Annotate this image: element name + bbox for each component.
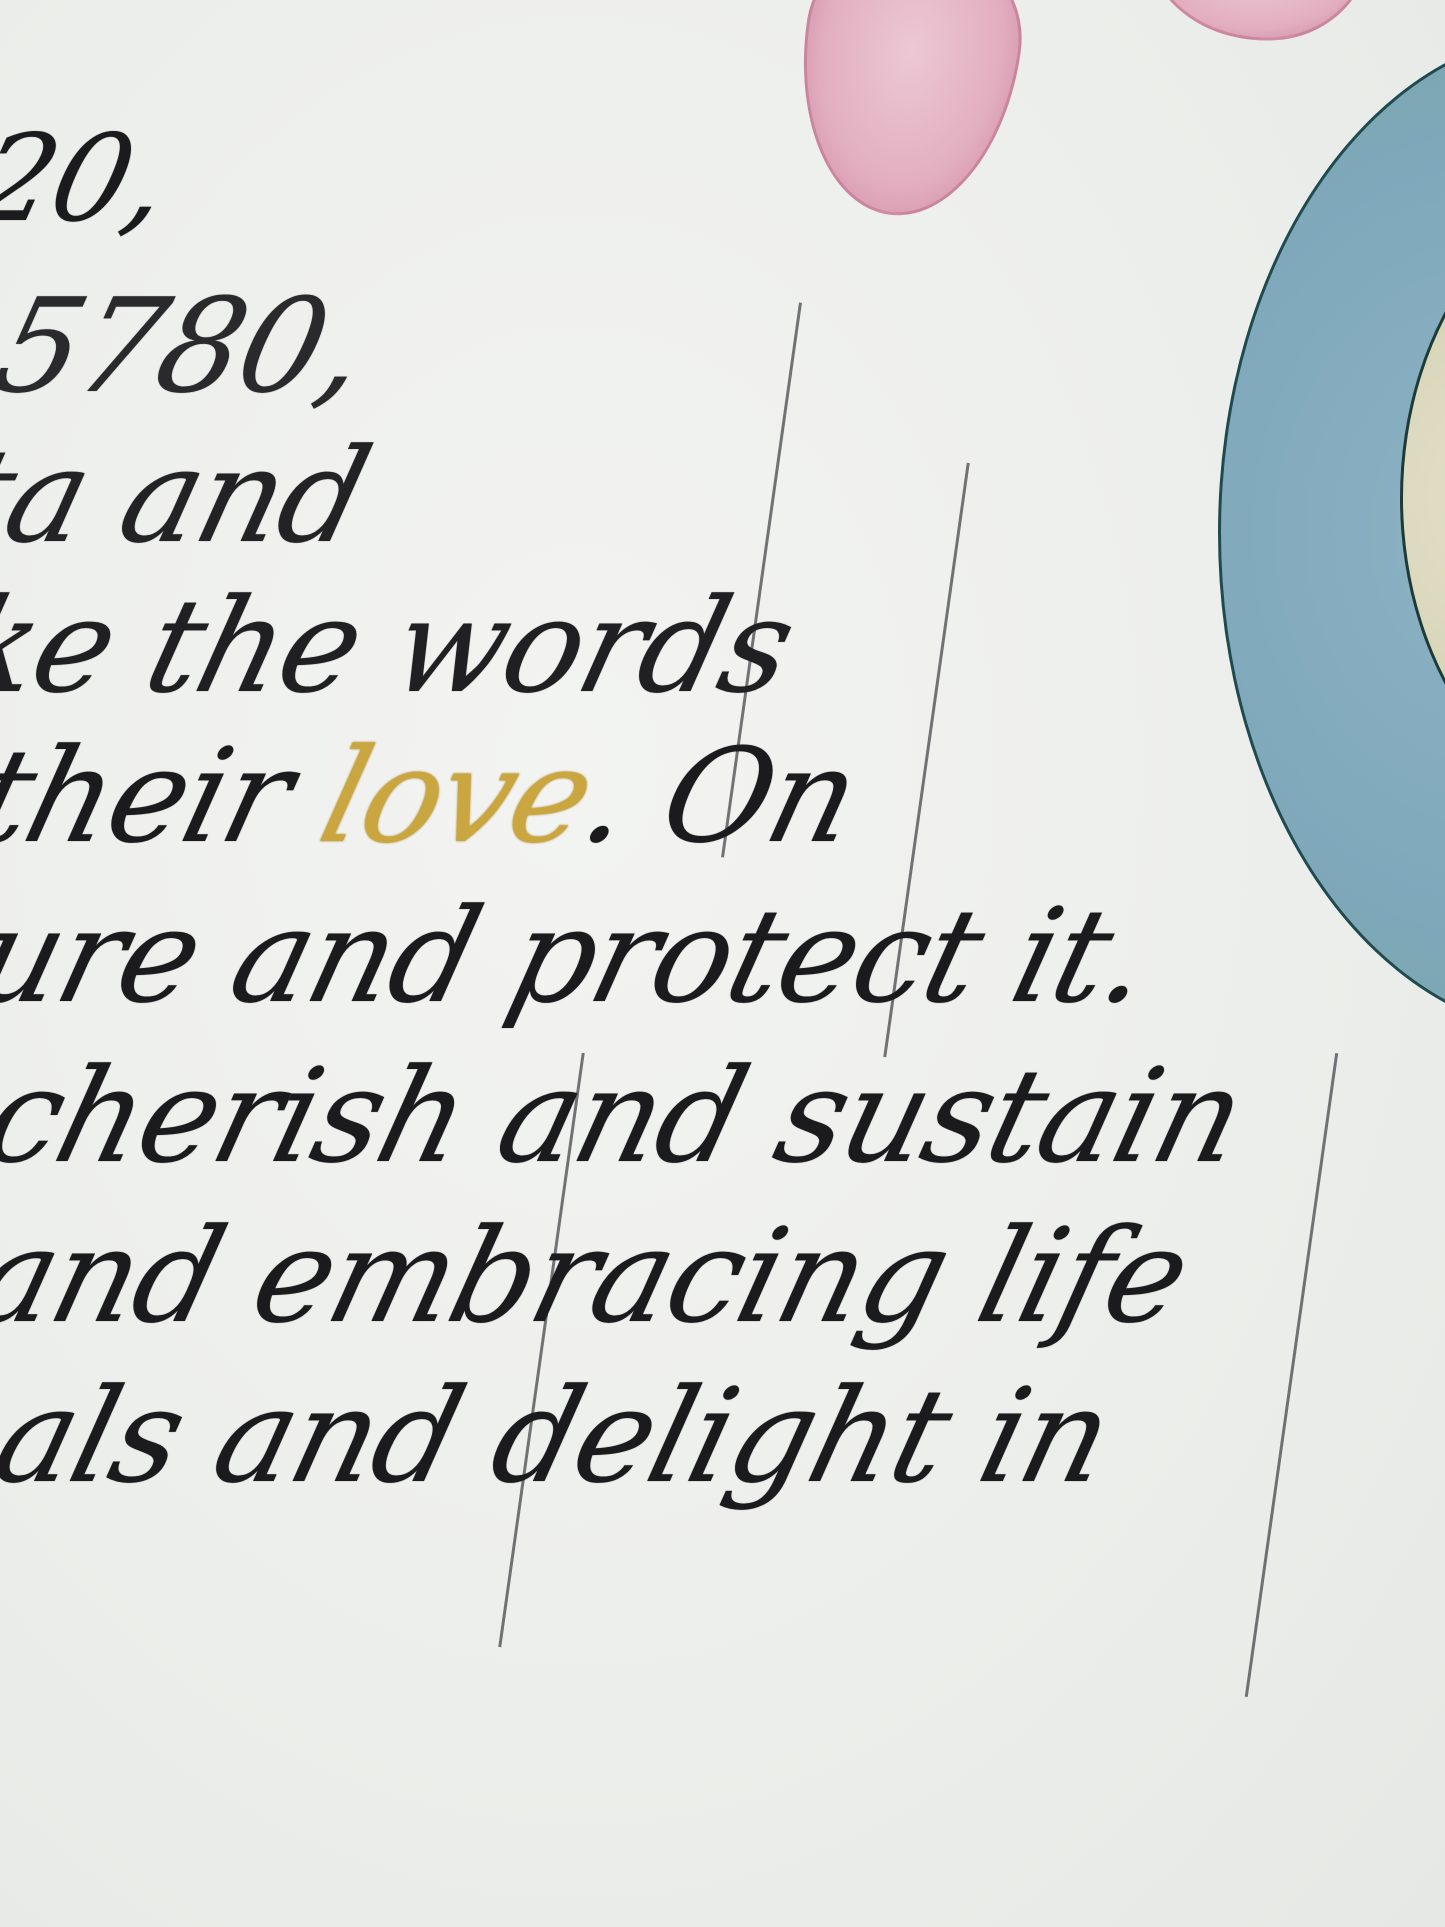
- pink-petal-illustration: [782, 0, 1034, 230]
- ascender-stroke: [1245, 1053, 1338, 1697]
- calligraphy-line: ta and: [0, 420, 382, 572]
- calligraphy-line: 5780,: [0, 270, 381, 422]
- pink-petal-illustration: [1146, 0, 1379, 49]
- calligraphy-line: their love. On: [0, 720, 872, 872]
- gold-highlight-word: love: [307, 720, 607, 872]
- calligraphy-word: their: [0, 720, 306, 872]
- calligraphy-line: and embracing life: [0, 1200, 1203, 1352]
- calligraphy-line: 20,: [0, 110, 182, 249]
- calligraphy-word: . On: [569, 720, 872, 872]
- calligraphy-line: ure and protect it.: [0, 880, 1165, 1032]
- calligraphy-line: ke the words: [0, 570, 808, 722]
- calligraphy-line: als and delight in: [0, 1360, 1125, 1512]
- calligraphy-line: cherish and sustain: [0, 1040, 1258, 1192]
- paper-background: 20, 5780, ta and ke the words their love…: [0, 0, 1445, 1927]
